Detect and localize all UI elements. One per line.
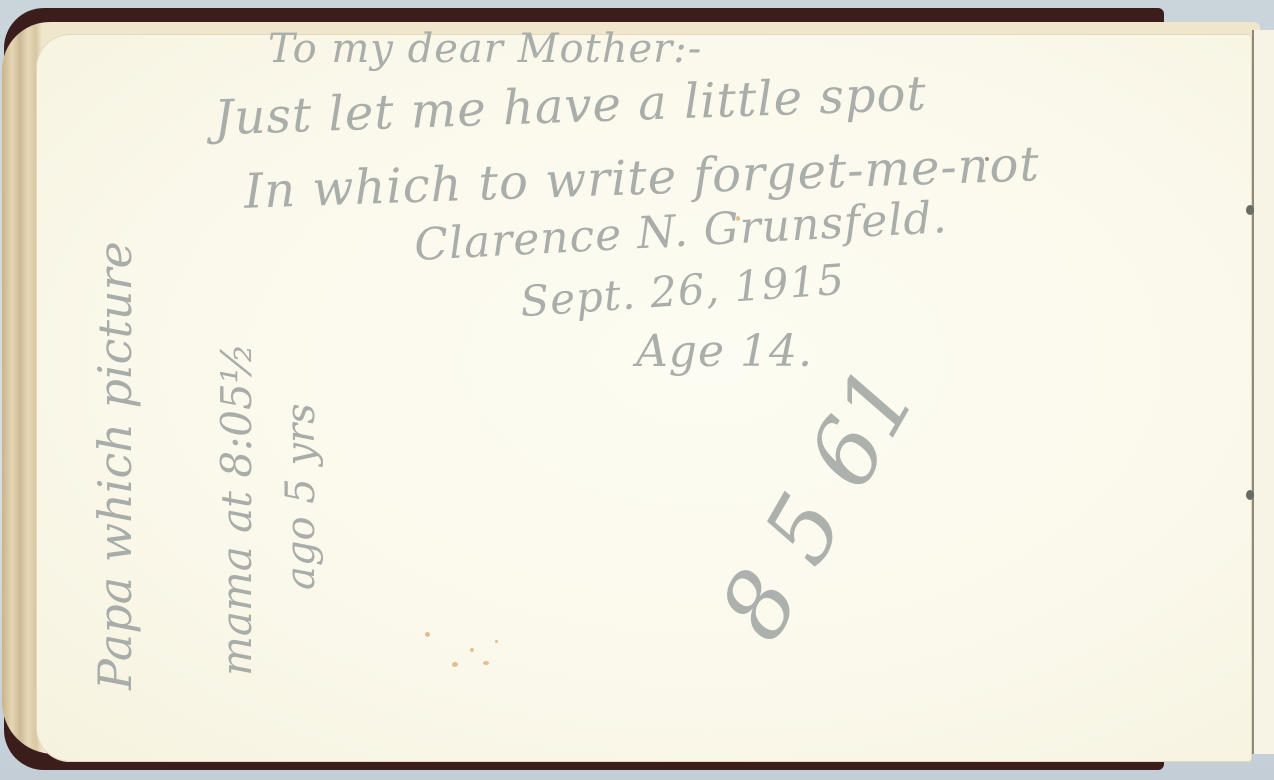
side-note-papa: Papa which picture [88, 241, 142, 690]
adjacent-page-edge [1252, 30, 1274, 754]
foxing-spot [495, 640, 498, 643]
side-note-ago: ago 5 yrs [278, 403, 324, 590]
binding-notch [1246, 490, 1254, 500]
binding-notch [1246, 205, 1254, 215]
side-note-mama: mama at 8:05½ [212, 343, 261, 676]
foxing-spot [425, 632, 430, 637]
inscription-age: Age 14. [636, 326, 813, 377]
foxing-spot [470, 648, 474, 652]
foxing-spot [483, 661, 489, 665]
foxing-spot [452, 662, 458, 667]
inscription-salutation: To my dear Mother:- [268, 26, 702, 72]
